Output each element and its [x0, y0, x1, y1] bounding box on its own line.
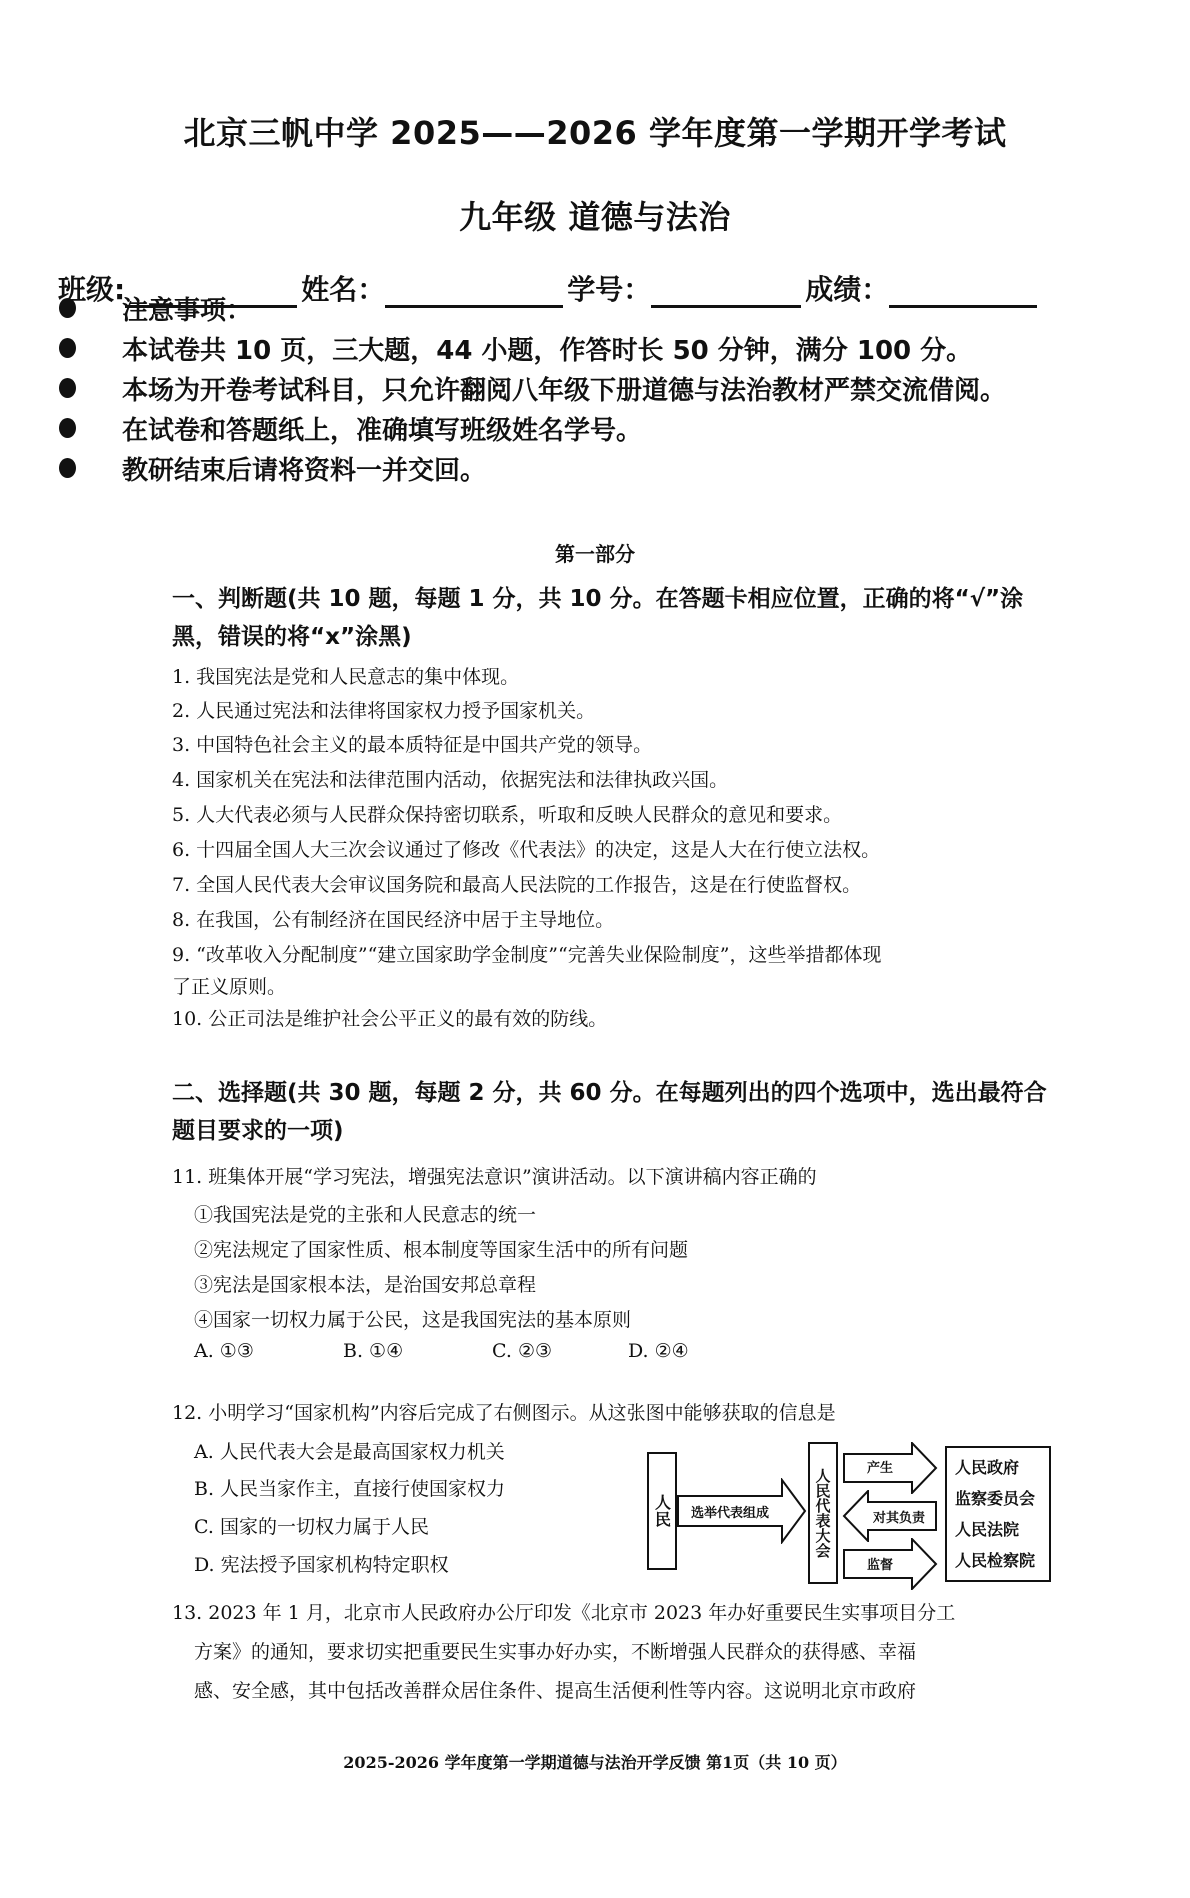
- bullet-icon: [59, 378, 76, 398]
- organ-procuratorate: 人民检察院: [955, 1545, 1035, 1576]
- question-9-cont: 了正义原则。: [172, 970, 286, 1004]
- section-2-heading: 二、选择题(共 30 题，每题 2 分，共 60 分。在每题列出的四个选项中，选…: [172, 1074, 1052, 1150]
- exam-title: 北京三帆中学 2025——2026 学年度第一学期开学考试: [0, 108, 1190, 154]
- note-item: 本试卷共 10 页，三大题，44 小题，作答时长 50 分钟，满分 100 分。: [52, 328, 1006, 368]
- organ-supervisory-commission: 监察委员会: [955, 1483, 1035, 1514]
- part-title: 第一部分: [0, 538, 1190, 567]
- note-item: 注意事项：: [52, 288, 1006, 328]
- q11-choice-c[interactable]: C. ②③: [492, 1340, 552, 1362]
- bullet-icon: [59, 338, 76, 358]
- q13-line-3: 感、安全感，其中包括改善群众居住条件、提高生活便利性等内容。这说明北京市政府: [172, 1672, 1047, 1711]
- question-6: 6. 十四届全国人大三次会议通过了修改《代表法》的决定，这是人大在行使立法权。: [172, 833, 880, 867]
- exam-subtitle: 九年级 道德与法治: [0, 192, 1190, 238]
- section-1-heading: 一、判断题(共 10 题，每题 1 分，共 10 分。在答题卡相应位置，正确的将…: [172, 580, 1052, 656]
- organ-government: 人民政府: [955, 1452, 1035, 1483]
- produce-label: 产生: [852, 1457, 908, 1476]
- question-7: 7. 全国人民代表大会审议国务院和最高人民法院的工作报告，这是在行使监督权。: [172, 868, 861, 902]
- question-1: 1. 我国宪法是党和人民意志的集中体现。: [172, 660, 519, 694]
- question-13: 13. 2023 年 1 月，北京市人民政府办公厅印发《北京市 2023 年办好…: [172, 1594, 1047, 1711]
- bullet-icon: [59, 298, 76, 318]
- question-9: 9. “改革收入分配制度”“建立国家助学金制度”“完善失业保险制度”，这些举措都…: [172, 938, 881, 972]
- notes-list: 注意事项： 本试卷共 10 页，三大题，44 小题，作答时长 50 分钟，满分 …: [52, 288, 1006, 488]
- question-4: 4. 国家机关在宪法和法律范围内活动，依据宪法和法律执政兴国。: [172, 763, 728, 797]
- q11-choice-a[interactable]: A. ①③: [194, 1340, 254, 1362]
- q12-choice-d[interactable]: D. 宪法授予国家机构特定职权: [194, 1550, 449, 1577]
- note-item: 在试卷和答题纸上，准确填写班级姓名学号。: [52, 408, 1006, 448]
- question-5: 5. 人大代表必须与人民群众保持密切联系，听取和反映人民群众的意见和要求。: [172, 798, 842, 832]
- question-3: 3. 中国特色社会主义的最本质特征是中国共产党的领导。: [172, 728, 652, 762]
- q11-statement-2: ②宪法规定了国家性质、根本制度等国家生活中的所有问题: [194, 1235, 688, 1262]
- elect-label: 选举代表组成: [680, 1502, 780, 1521]
- bullet-icon: [59, 458, 76, 478]
- q13-line-1: 13. 2023 年 1 月，北京市人民政府办公厅印发《北京市 2023 年办好…: [172, 1594, 1047, 1633]
- responsible-label: 对其负责: [866, 1507, 932, 1526]
- question-8: 8. 在我国，公有制经济在国民经济中居于主导地位。: [172, 903, 614, 937]
- q12-choice-a[interactable]: A. 人民代表大会是最高国家权力机关: [194, 1437, 505, 1464]
- q11-statement-3: ③宪法是国家根本法，是治国安邦总章程: [194, 1270, 536, 1297]
- organ-court: 人民法院: [955, 1514, 1035, 1545]
- bullet-icon: [59, 418, 76, 438]
- q11-choice-d[interactable]: D. ②④: [628, 1340, 689, 1362]
- state-organs-diagram: 人民 选举代表组成 人民代表大会 产生 对其负责 监督 人民政府 监察委员会 人…: [640, 1440, 1060, 1590]
- question-2: 2. 人民通过宪法和法律将国家权力授予国家机关。: [172, 694, 595, 728]
- note-item: 本场为开卷考试科目，只允许翻阅八年级下册道德与法治教材严禁交流借阅。: [52, 368, 1006, 408]
- q13-line-2: 方案》的通知，要求切实把重要民生实事办好办实，不断增强人民群众的获得感、幸福: [172, 1633, 1047, 1672]
- congress-box: 人民代表大会: [808, 1442, 838, 1584]
- q12-choice-b[interactable]: B. 人民当家作主，直接行使国家权力: [194, 1474, 505, 1501]
- state-organs-box: 人民政府 监察委员会 人民法院 人民检察院: [945, 1446, 1051, 1582]
- question-10: 10. 公正司法是维护社会公平正义的最有效的防线。: [172, 1002, 607, 1036]
- q11-choice-b[interactable]: B. ①④: [343, 1340, 403, 1362]
- q11-statement-4: ④国家一切权力属于公民，这是我国宪法的基本原则: [194, 1305, 631, 1332]
- q11-statement-1: ①我国宪法是党的主张和人民意志的统一: [194, 1200, 536, 1227]
- question-11-stem: 11. 班集体开展“学习宪法，增强宪法意识”演讲活动。以下演讲稿内容正确的: [172, 1160, 817, 1194]
- people-box: 人民: [647, 1452, 677, 1570]
- q12-choice-c[interactable]: C. 国家的一切权力属于人民: [194, 1512, 429, 1539]
- note-item: 教研结束后请将资料一并交回。: [52, 448, 1006, 488]
- page-footer: 2025-2026 学年度第一学期道德与法治开学反馈 第1页（共 10 页）: [0, 1750, 1190, 1773]
- question-12-stem: 12. 小明学习“国家机构”内容后完成了右侧图示。从这张图中能够获取的信息是: [172, 1396, 836, 1430]
- supervise-label: 监督: [852, 1554, 908, 1573]
